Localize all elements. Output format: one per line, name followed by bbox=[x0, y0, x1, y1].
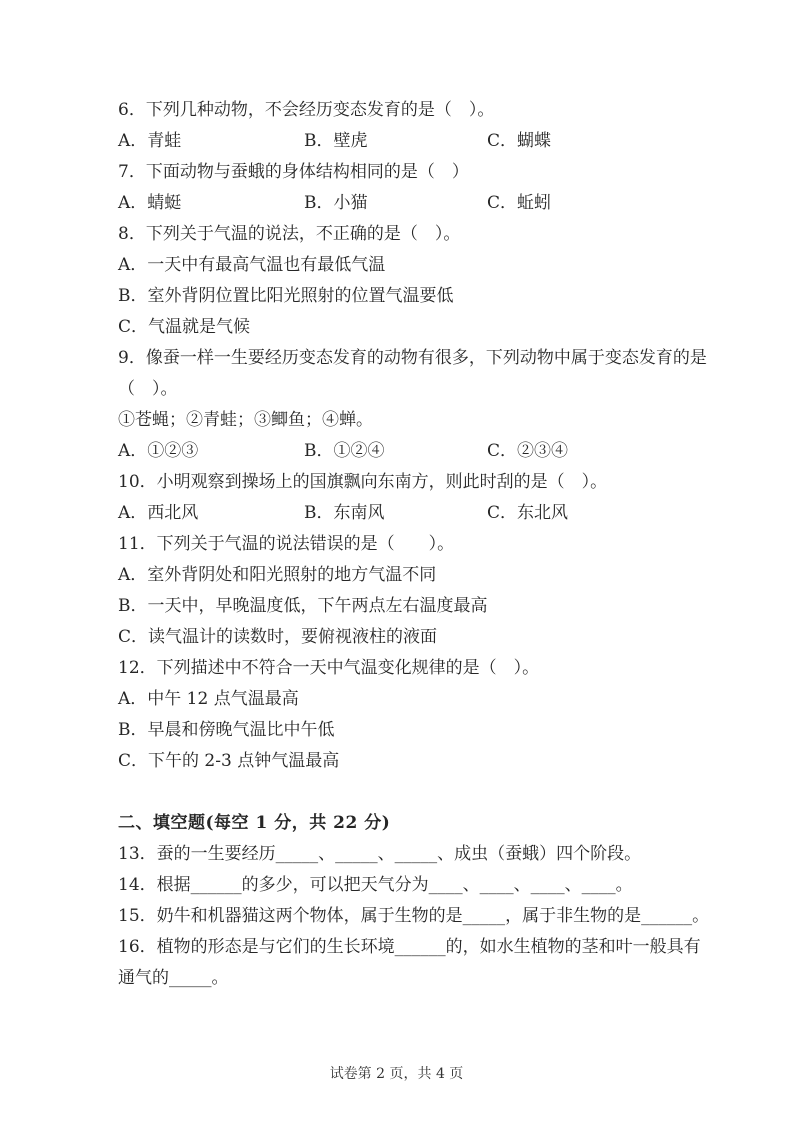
option-10a: A．西北风 bbox=[118, 498, 304, 529]
option-6a: A．青蛙 bbox=[118, 126, 304, 157]
question-10-options: A．西北风 B．东南风 C．东北风 bbox=[118, 498, 681, 529]
option-12b: B．早晨和傍晚气温比中午低 bbox=[118, 715, 681, 746]
option-9c: C．②③④ bbox=[487, 436, 568, 467]
question-14-text: 14．根据______的多少，可以把天气分为____、____、____、___… bbox=[118, 870, 681, 901]
option-11b: B．一天中，早晚温度低，下午两点左右温度最高 bbox=[118, 591, 681, 622]
question-9-text-line1: 9．像蚕一样一生要经历变态发育的动物有很多，下列动物中属于变态发育的是 bbox=[118, 343, 681, 374]
option-7a: A．蜻蜓 bbox=[118, 188, 304, 219]
question-10-text: 10．小明观察到操场上的国旗飘向东南方，则此时刮的是（ ）。 bbox=[118, 467, 681, 498]
question-11-text: 11．下列关于气温的说法错误的是（ ）。 bbox=[118, 529, 681, 560]
question-7-text: 7．下面动物与蚕蛾的身体结构相同的是（ ） bbox=[118, 157, 681, 188]
option-7c: C．蚯蚓 bbox=[487, 188, 551, 219]
question-16-text-line2: 通气的_____。 bbox=[118, 963, 681, 994]
option-6b: B．壁虎 bbox=[304, 126, 487, 157]
option-10b: B．东南风 bbox=[304, 498, 487, 529]
question-8-text: 8．下列关于气温的说法，不正确的是（ ）。 bbox=[118, 219, 681, 250]
option-8a: A．一天中有最高气温也有最低气温 bbox=[118, 250, 681, 281]
question-9-text-line2: （ ）。 bbox=[118, 374, 681, 405]
question-6-options: A．青蛙 B．壁虎 C．蝴蝶 bbox=[118, 126, 681, 157]
fill-section-header: 二、填空题(每空 1 分，共 22 分) bbox=[118, 808, 681, 839]
question-7-options: A．蜻蜓 B．小猫 C．蚯蚓 bbox=[118, 188, 681, 219]
option-7b: B．小猫 bbox=[304, 188, 487, 219]
question-9-items: ①苍蝇；②青蛙；③鲫鱼；④蝉。 bbox=[118, 405, 681, 436]
option-11c: C．读气温计的读数时，要俯视液柱的液面 bbox=[118, 622, 681, 653]
question-16-text-line1: 16．植物的形态是与它们的生长环境______的，如水生植物的茎和叶一般具有 bbox=[118, 932, 681, 963]
option-9a: A．①②③ bbox=[118, 436, 304, 467]
option-12c: C．下午的 2-3 点钟气温最高 bbox=[118, 746, 681, 777]
question-15-text: 15．奶牛和机器猫这两个物体，属于生物的是_____，属于非生物的是______… bbox=[118, 901, 681, 932]
exam-paper-page: 6．下列几种动物，不会经历变态发育的是（ ）。 A．青蛙 B．壁虎 C．蝴蝶 7… bbox=[0, 0, 793, 1122]
option-8c: C．气温就是气候 bbox=[118, 312, 681, 343]
option-8b: B．室外背阴位置比阳光照射的位置气温要低 bbox=[118, 281, 681, 312]
option-9b: B．①②④ bbox=[304, 436, 487, 467]
question-6-text: 6．下列几种动物，不会经历变态发育的是（ ）。 bbox=[118, 95, 681, 126]
question-13-text: 13．蚕的一生要经历_____、_____、_____、成虫（蚕蛾）四个阶段。 bbox=[118, 839, 681, 870]
question-9-options: A．①②③ B．①②④ C．②③④ bbox=[118, 436, 681, 467]
option-12a: A．中午 12 点气温最高 bbox=[118, 684, 681, 715]
option-10c: C．东北风 bbox=[487, 498, 568, 529]
page-footer: 试卷第 2 页，共 4 页 bbox=[0, 1062, 793, 1086]
option-11a: A．室外背阴处和阳光照射的地方气温不同 bbox=[118, 560, 681, 591]
question-12-text: 12．下列描述中不符合一天中气温变化规律的是（ ）。 bbox=[118, 653, 681, 684]
option-6c: C．蝴蝶 bbox=[487, 126, 551, 157]
